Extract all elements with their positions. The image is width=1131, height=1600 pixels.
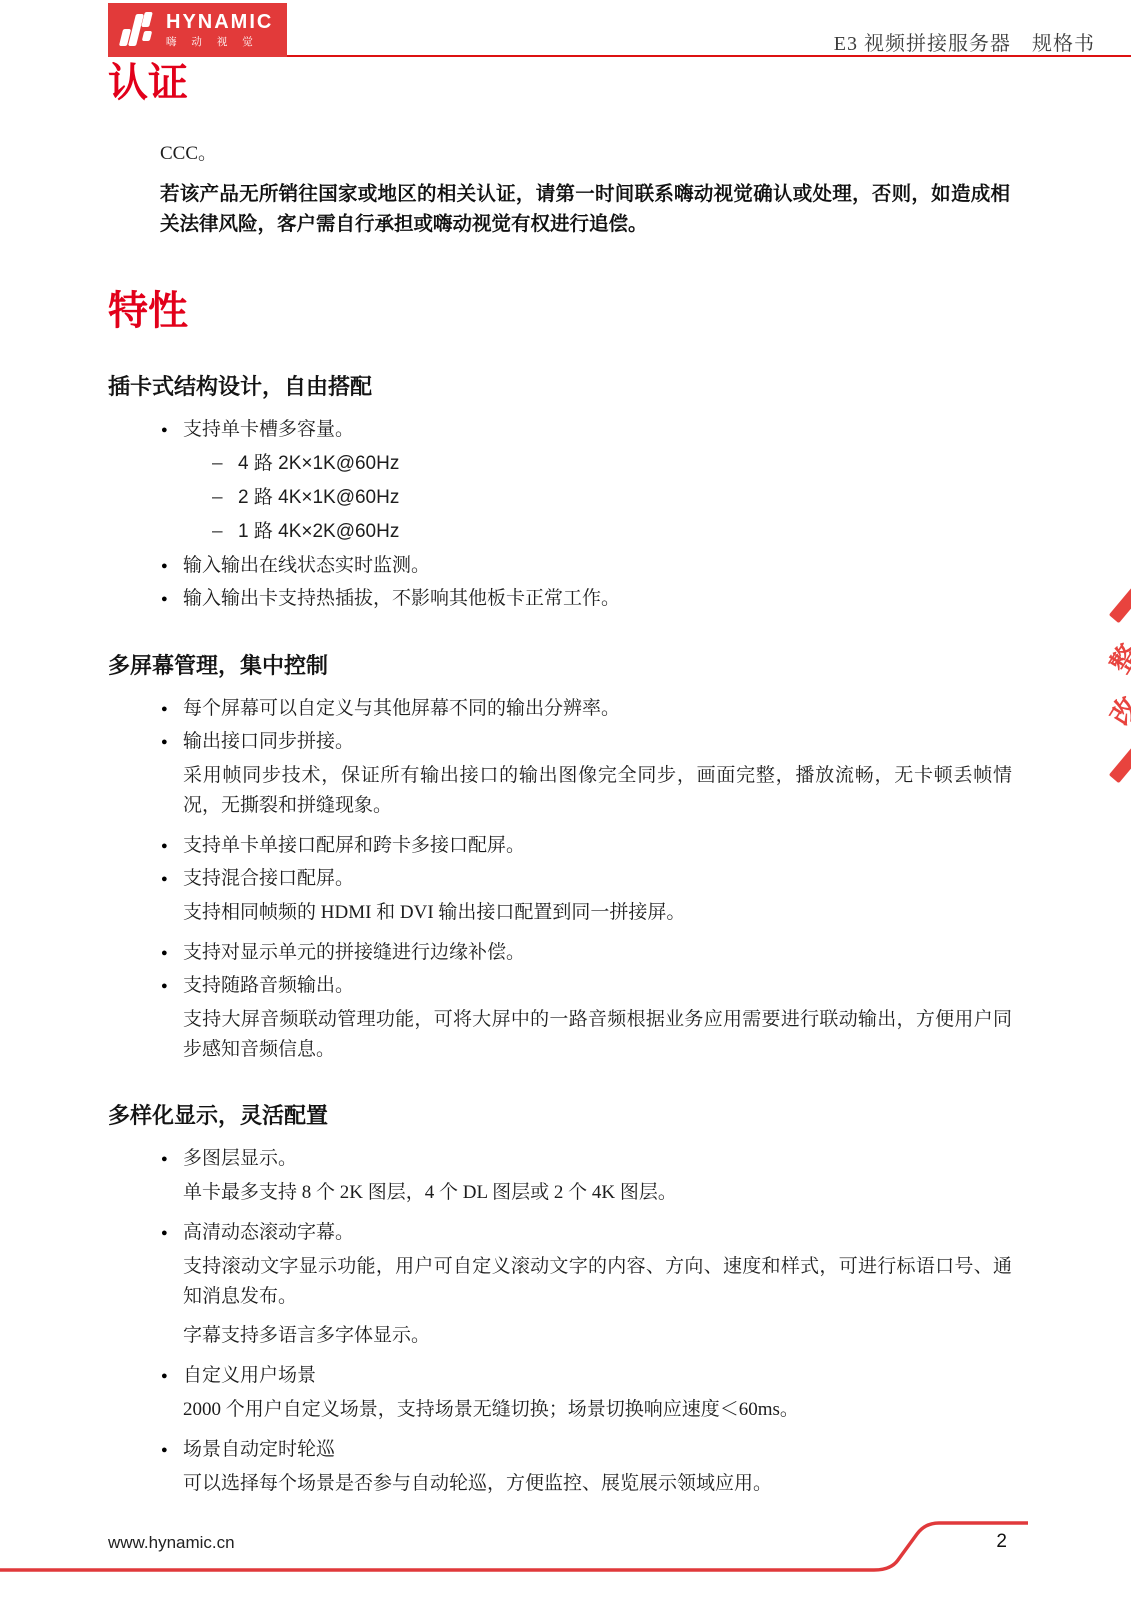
group-title: 插卡式结构设计，自由搭配: [108, 370, 1012, 401]
bullet-icon: ●: [161, 1217, 168, 1249]
feature-group: 多屏幕管理，集中控制●每个屏幕可以自定义与其他屏幕不同的输出分辨率。●输出接口同…: [108, 649, 1012, 1065]
dash-icon: –: [212, 447, 223, 481]
stamp-chevron-icon: [1109, 586, 1131, 623]
certification-body: 若该产品无所销往国家或地区的相关认证，请第一时间联系嗨动视觉确认或处理，否则，如…: [160, 180, 1010, 240]
brand-name: HYNAMIC: [166, 11, 273, 33]
list-item-detail: 字幕支持多语言多字体显示。: [183, 1321, 1012, 1351]
brand-logo-text: HYNAMIC 嗨 动 视 觉: [166, 11, 273, 49]
bullet-icon: ●: [161, 1434, 168, 1466]
list-item-detail: 采用帧同步技术，保证所有输出接口的输出图像完全同步，画面完整，播放流畅，无卡顿丢…: [183, 761, 1012, 821]
bullet-icon: ●: [161, 863, 168, 895]
sub-list-item: –4 路 2K×1K@60Hz: [108, 447, 1012, 481]
list-item: ●输入输出卡支持热插拔，不影响其他板卡正常工作。: [108, 583, 1012, 615]
list-item-text: 输入输出卡支持热插拔，不影响其他板卡正常工作。: [183, 588, 620, 609]
sub-list-item-text: 4 路 2K×1K@60Hz: [238, 453, 399, 474]
feature-group: 多样化显示，灵活配置●多图层显示。单卡最多支持 8 个 2K 图层，4 个 DL…: [108, 1099, 1012, 1499]
list-item-text: 支持单卡槽多容量。: [183, 419, 354, 440]
bullet-icon: ●: [161, 830, 168, 862]
document-page: HYNAMIC 嗨 动 视 觉 E3 视频拼接服务器 规格书 认证 CCC。 若…: [0, 0, 1131, 1600]
list-item-text: 每个屏幕可以自定义与其他屏幕不同的输出分辨率。: [183, 698, 620, 719]
list-item-text: 支持单卡单接口配屏和跨卡多接口配屏。: [183, 835, 525, 856]
list-item-detail: 支持大屏音频联动管理功能，可将大屏中的一路音频根据业务应用需要进行联动输出，方便…: [183, 1005, 1012, 1065]
stamp-chevron-icon: [1109, 746, 1131, 783]
bullet-icon: ●: [161, 726, 168, 758]
sub-list-item-text: 1 路 4K×2K@60Hz: [238, 521, 399, 542]
sub-list-item: –1 路 4K×2K@60Hz: [108, 515, 1012, 549]
list-item: ●自定义用户场景: [108, 1360, 1012, 1392]
bullet-icon: ●: [161, 1143, 168, 1175]
bullet-icon: ●: [161, 693, 168, 725]
group-title: 多屏幕管理，集中控制: [108, 649, 1012, 680]
list-item-detail: 支持相同帧频的 HDMI 和 DVI 输出接口配置到同一拼接屏。: [183, 898, 1012, 928]
list-item-detail: 2000 个用户自定义场景，支持场景无缝切换；场景切换响应速度＜60ms。: [183, 1395, 1012, 1425]
list-item-detail: 单卡最多支持 8 个 2K 图层，4 个 DL 图层或 2 个 4K 图层。: [183, 1178, 1012, 1208]
list-item: ●支持单卡单接口配屏和跨卡多接口配屏。: [108, 830, 1012, 862]
list-item: ●高清动态滚动字幕。: [108, 1217, 1012, 1249]
list-item: ●多图层显示。: [108, 1143, 1012, 1175]
list-item: ●输出接口同步拼接。: [108, 726, 1012, 758]
list-item: ●输入输出在线状态实时监测。: [108, 550, 1012, 582]
features-heading: 特性: [108, 286, 1012, 336]
list-item-text: 多图层显示。: [183, 1148, 297, 1169]
watermark-char: 整: [1099, 636, 1131, 680]
brand-logo-icon: [120, 10, 158, 50]
watermark-stamp: 整 改: [1091, 586, 1131, 786]
bullet-icon: ●: [161, 1360, 168, 1392]
bullet-icon: ●: [161, 937, 168, 969]
list-item: ●支持对显示单元的拼接缝进行边缘补偿。: [108, 937, 1012, 969]
list-item-text: 支持混合接口配屏。: [183, 868, 354, 889]
list-item-text: 输入输出在线状态实时监测。: [183, 555, 430, 576]
certification-ccc: CCC。: [160, 138, 1012, 165]
list-item-text: 支持对显示单元的拼接缝进行边缘补偿。: [183, 942, 525, 963]
list-item: ●场景自动定时轮巡: [108, 1434, 1012, 1466]
sub-list-item-text: 2 路 4K×1K@60Hz: [238, 487, 399, 508]
footer-url: www.hynamic.cn: [108, 1533, 235, 1553]
list-item-text: 自定义用户场景: [183, 1365, 316, 1386]
bullet-icon: ●: [161, 550, 168, 582]
feature-group: 插卡式结构设计，自由搭配●支持单卡槽多容量。–4 路 2K×1K@60Hz–2 …: [108, 370, 1012, 615]
page-number: 2: [996, 1531, 1007, 1553]
brand-logo: HYNAMIC 嗨 动 视 觉: [108, 3, 287, 57]
sub-list-item: –2 路 4K×1K@60Hz: [108, 481, 1012, 515]
content: 认证 CCC。 若该产品无所销往国家或地区的相关认证，请第一时间联系嗨动视觉确认…: [108, 0, 1012, 1499]
dash-icon: –: [212, 515, 223, 549]
dash-icon: –: [212, 481, 223, 515]
group-title: 多样化显示，灵活配置: [108, 1099, 1012, 1130]
bullet-icon: ●: [161, 583, 168, 615]
list-item-text: 支持随路音频输出。: [183, 975, 354, 996]
list-item: ●支持混合接口配屏。: [108, 863, 1012, 895]
list-item-text: 场景自动定时轮巡: [183, 1439, 335, 1460]
list-item-text: 高清动态滚动字幕。: [183, 1222, 354, 1243]
doc-title: E3 视频拼接服务器 规格书: [834, 27, 1095, 56]
list-item: ●每个屏幕可以自定义与其他屏幕不同的输出分辨率。: [108, 693, 1012, 725]
list-item: ●支持单卡槽多容量。: [108, 414, 1012, 446]
bullet-icon: ●: [161, 414, 168, 446]
list-item-detail: 支持滚动文字显示功能，用户可自定义滚动文字的内容、方向、速度和样式，可进行标语口…: [183, 1252, 1012, 1312]
list-item: ●支持随路音频输出。: [108, 970, 1012, 1002]
bullet-icon: ●: [161, 970, 168, 1002]
watermark-char: 改: [1099, 688, 1131, 732]
brand-subtitle: 嗨 动 视 觉: [166, 35, 273, 49]
list-item-detail: 可以选择每个场景是否参与自动轮巡，方便监控、展览展示领域应用。: [183, 1469, 1012, 1499]
feature-groups: 插卡式结构设计，自由搭配●支持单卡槽多容量。–4 路 2K×1K@60Hz–2 …: [108, 370, 1012, 1499]
list-item-text: 输出接口同步拼接。: [183, 731, 354, 752]
